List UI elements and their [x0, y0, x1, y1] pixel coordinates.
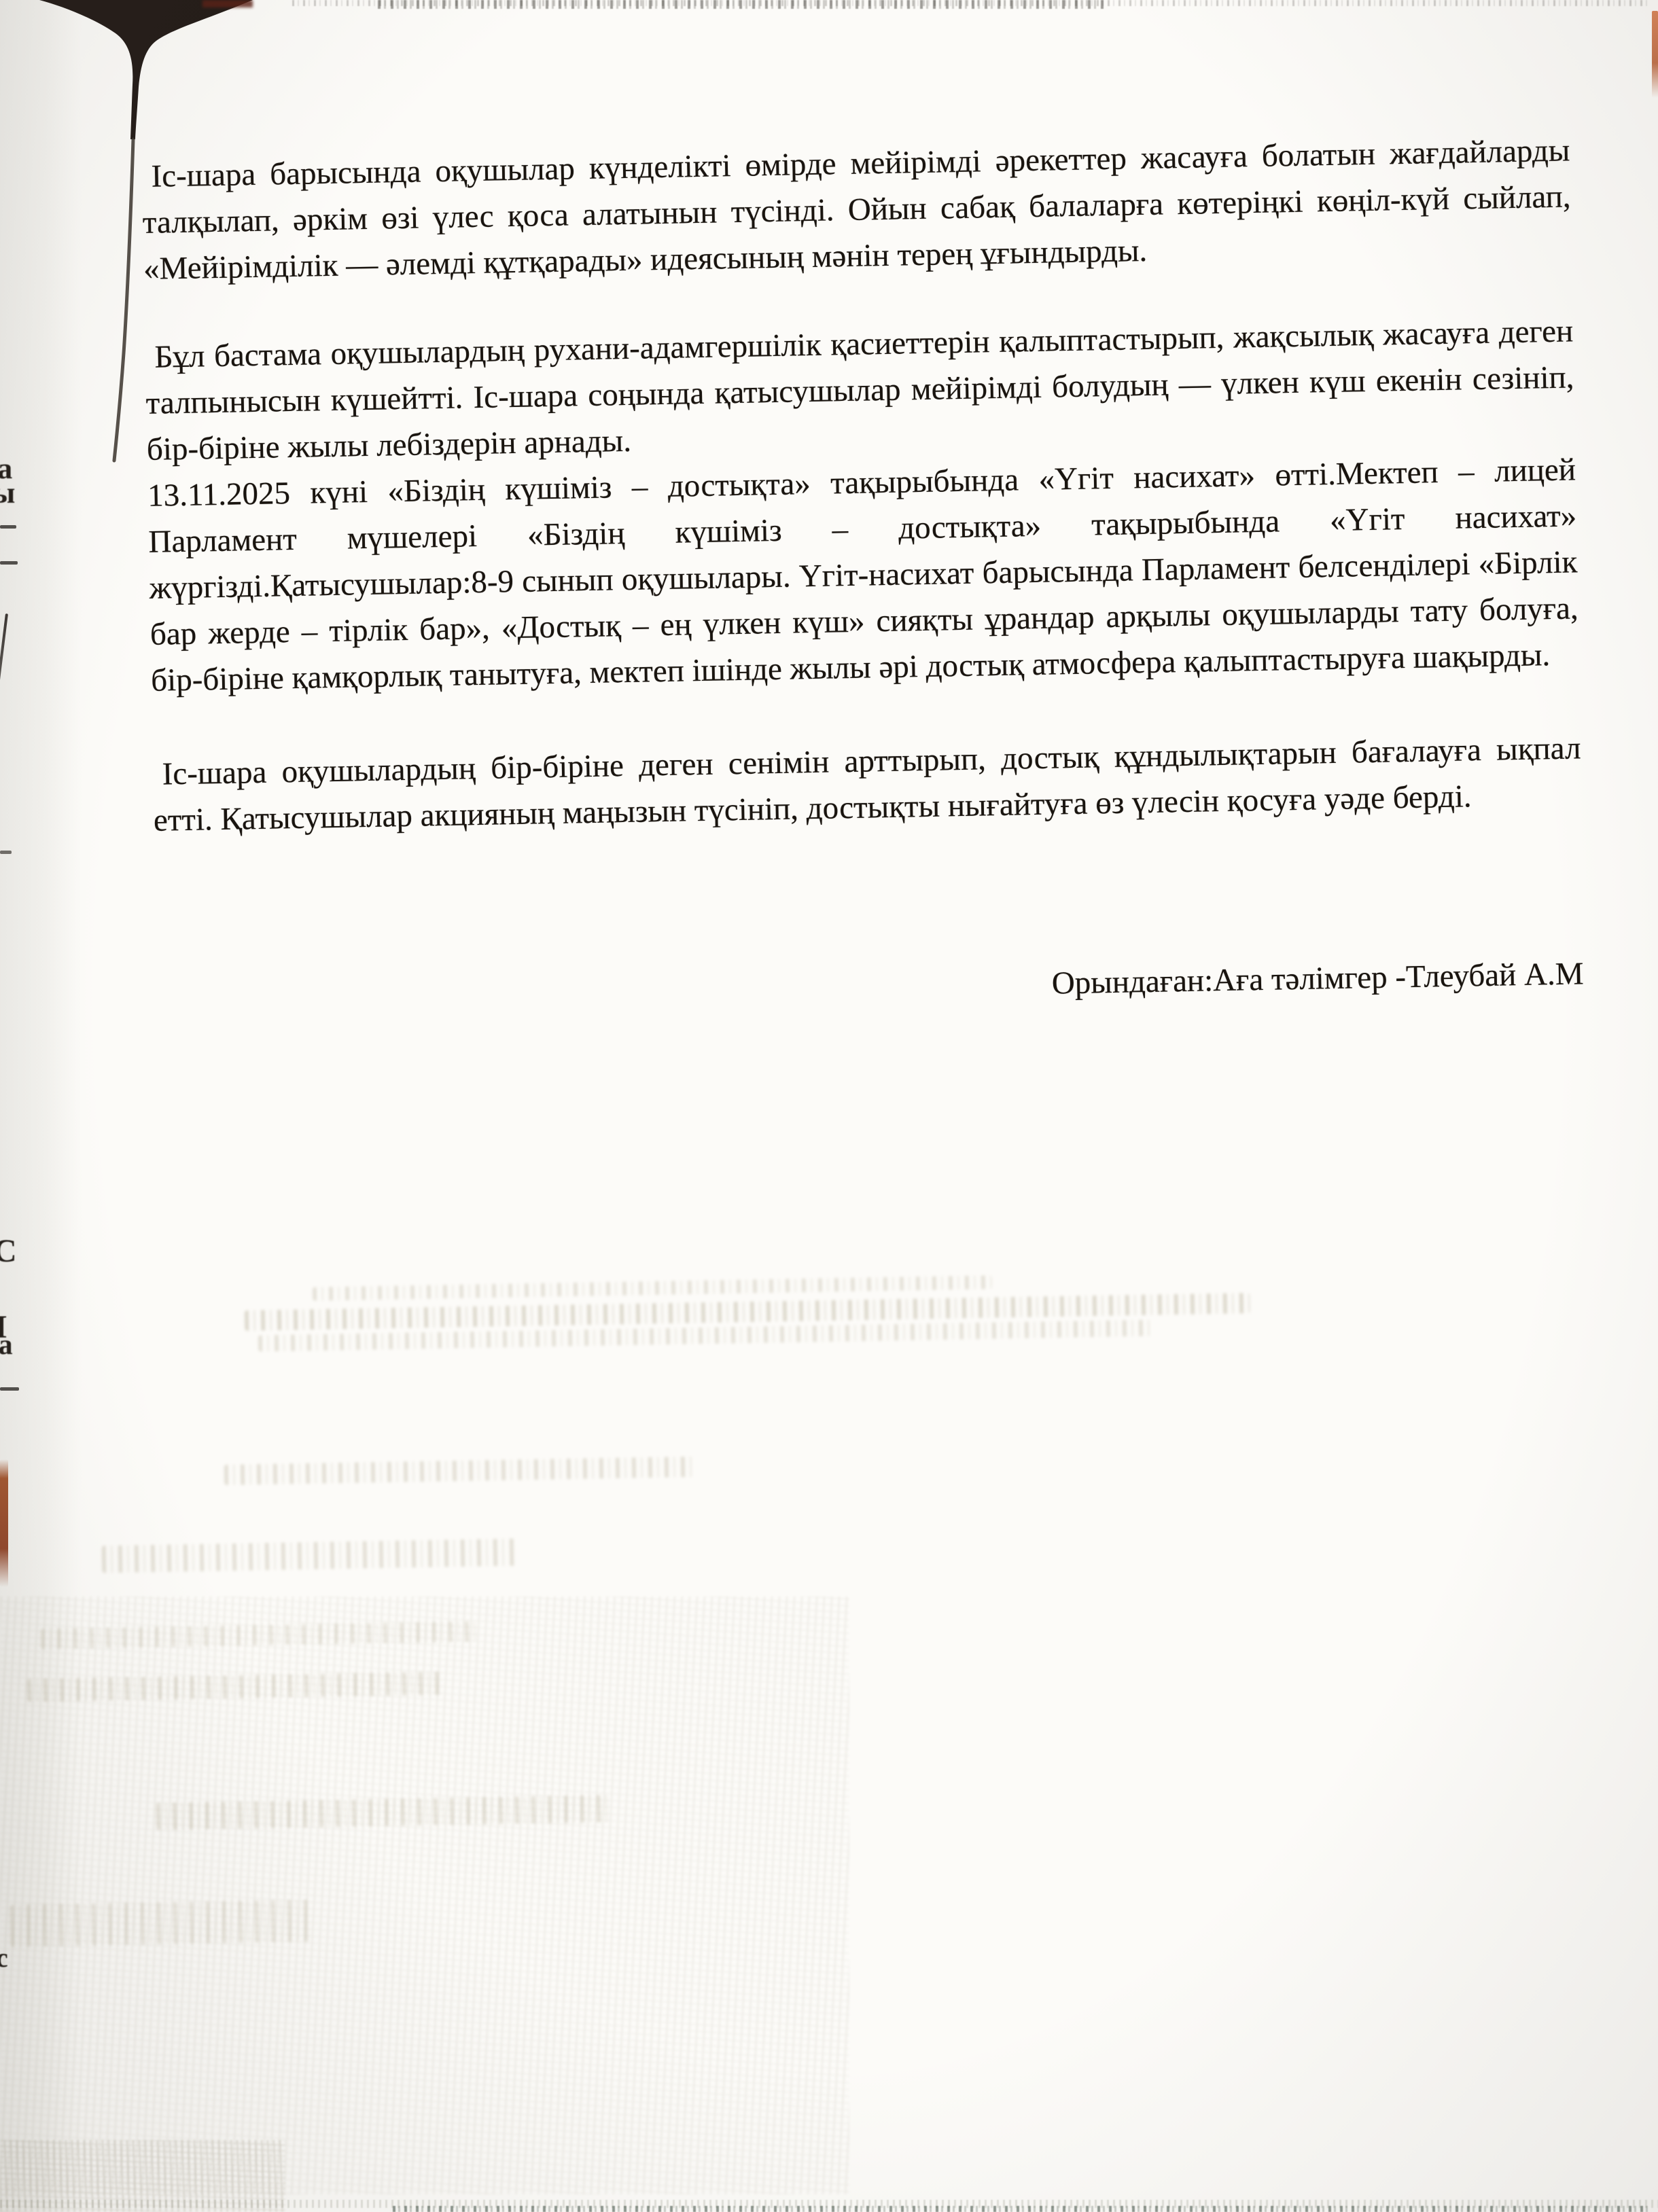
- paragraph: Іс-шара барысында оқушылар күнделікті өм…: [141, 127, 1572, 291]
- red-book-edge-right: [1652, 11, 1658, 98]
- edge-text-fragment: ка: [0, 1329, 13, 1361]
- bleedthrough-speckle-field: [0, 1596, 849, 2194]
- paragraph: Бұл бастама оқушылардың рухани-адамгерші…: [145, 308, 1575, 472]
- paragraph: Іс-шара оқушылардың бір-біріне деген сен…: [152, 725, 1582, 843]
- edge-tick: [0, 1387, 19, 1391]
- edge-tick: [0, 525, 16, 529]
- bleedthrough-ghost-text: [102, 1539, 517, 1573]
- signature-line: Орындаған:Аға тәлімгер -Тлеубай А.М: [156, 950, 1585, 1023]
- red-book-edge-left: [0, 1459, 8, 1587]
- edge-text-fragment: ы: [0, 476, 15, 510]
- top-edge-cutoff-text-noise: [292, 0, 1648, 6]
- edge-text-fragment: С: [0, 1232, 17, 1270]
- scanned-document-photo: іа ы С І ка с Іс-шара барысында оқушылар…: [0, 0, 1658, 2212]
- bleedthrough-ghost-text: [224, 1457, 693, 1485]
- edge-tick: [0, 561, 18, 565]
- corner-red-tint: [202, 0, 253, 7]
- bleedthrough-ghost-text: [313, 1275, 992, 1300]
- paragraph: 13.11.2025 күні «Біздің күшіміз – достық…: [147, 446, 1580, 703]
- document-text: Іс-шара барысында оқушылар күнделікті өм…: [141, 127, 1585, 1022]
- edge-tick: [0, 851, 12, 854]
